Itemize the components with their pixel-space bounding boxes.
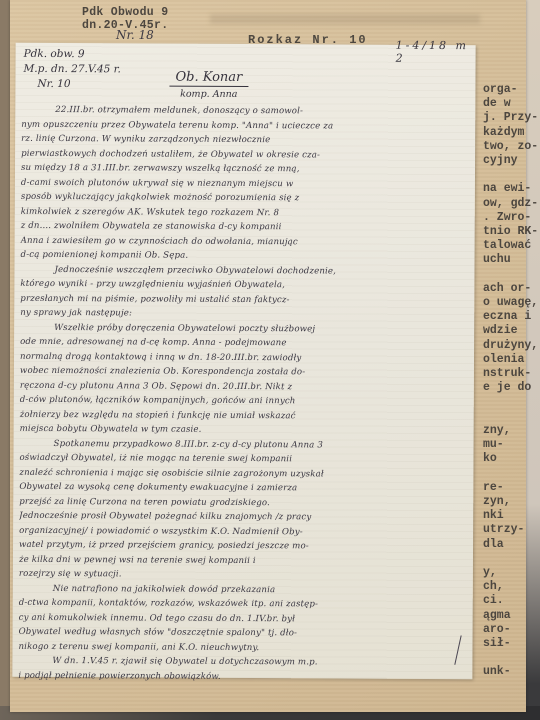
- faded-typed-text: [210, 14, 480, 24]
- letter-body-line: ny sprawy jak następuje:: [20, 306, 470, 323]
- typed-fragment-line: tnio RK-: [483, 225, 535, 239]
- typed-fragment-line: wdzie: [483, 324, 535, 338]
- letter-body-line: Obywatel za wysoką cenę dokumenty ewakua…: [19, 480, 469, 497]
- typed-fragment-line: dla: [483, 538, 535, 552]
- typed-fragment-line: two, zo-: [483, 140, 535, 154]
- typed-fragment-line: de w: [483, 97, 535, 111]
- typed-fragment-line: ągma: [483, 609, 535, 623]
- typed-fragment-line: [483, 410, 535, 424]
- typed-fragment-line: [483, 268, 535, 282]
- typed-fragment-line: eczna i: [483, 310, 535, 324]
- letter-addressee: Ob. Konar komp. Anna: [169, 70, 248, 100]
- typed-fragment-line: ch,: [483, 580, 535, 594]
- typed-fragment-line: orga-: [483, 83, 535, 97]
- letter-body-line: d-ctwa kompanii, kontaktów, rozkazów, ws…: [19, 596, 469, 613]
- typed-fragment-line: zyn,: [483, 495, 535, 509]
- letter-body-line: wobec niemożności znalezienia Ob. Koresp…: [20, 364, 470, 381]
- letter-body-line: sposób wykluczający jakąkolwiek możność …: [21, 190, 471, 207]
- letter-header-number: Nr. 10: [23, 77, 120, 93]
- letter-body-line: miejsca bobytu Obywatela w tym czasie.: [20, 422, 470, 439]
- typed-header-line-1: Pdk Obwodu 9: [82, 6, 168, 19]
- typed-fragment-line: [483, 168, 535, 182]
- typed-fragment-line: olenia: [483, 353, 535, 367]
- typed-fragment-line: [483, 466, 535, 480]
- letter-body-line: watel przytym, iż przed przejściem grani…: [19, 538, 469, 555]
- letter-body-line: W dn. 1.V.45 r. zjawił się Obywatel u do…: [18, 654, 468, 671]
- typed-fragment-line: mu-: [483, 438, 535, 452]
- typed-fragment-line: zny,: [483, 424, 535, 438]
- typed-fragment-line: [483, 651, 535, 665]
- letter-body-line: rz. linię Curzona. W wyniku zarządzonych…: [21, 132, 471, 149]
- letter-body-line: su między 18 a 31.III.br. zerwawszy wsze…: [21, 161, 471, 178]
- letter-body-line: 22.III.br. otrzymałem meldunek, donosząc…: [21, 103, 471, 120]
- typed-fragment-line: utrzy-: [483, 523, 535, 537]
- corner-pencil-note: 1-4/18 m 2: [396, 39, 476, 65]
- typed-right-margin-fragments: orga-de wj. Przy-każdymtwo, zo-cyjny na …: [483, 83, 535, 680]
- letter-header-unit: Pdk. obw. 9: [24, 47, 121, 63]
- letter-body-line: oświadczył Obywatel, iż nie mogąc na ter…: [19, 451, 469, 468]
- typed-fragment-line: e je do: [483, 381, 535, 395]
- letter-body-line: d-cą pomienionej kompanii Ob. Sępa.: [21, 248, 471, 265]
- letter-header: Pdk. obw. 9 M.p. dn. 27.V.45 r. Nr. 10: [23, 47, 121, 93]
- letter-header-date: M.p. dn. 27.V.45 r.: [23, 62, 120, 78]
- typed-fragment-line: [483, 395, 535, 409]
- typed-fragment-line: [483, 552, 535, 566]
- typed-fragment-line: drużyny,: [483, 339, 535, 353]
- typed-fragment-line: na ewi-: [483, 182, 535, 196]
- letter-body-line: d-ców plutonów, łączników kompanijnych, …: [20, 393, 470, 410]
- typed-fragment-line: ko: [483, 452, 535, 466]
- letter-body-line: którego wyniki - przy uwzględnieniu wyja…: [20, 277, 470, 294]
- typed-fragment-line: ow, gdz-: [483, 197, 535, 211]
- typed-fragment-line: o uwagę,: [483, 296, 535, 310]
- handwritten-letter-sheet: 1-4/18 m 2 Pdk. obw. 9 M.p. dn. 27.V.45 …: [12, 43, 475, 679]
- addressee-name: Ob. Konar: [169, 70, 248, 87]
- typed-fragment-line: aro-: [483, 623, 535, 637]
- letter-body: 22.III.br. otrzymałem meldunek, donosząc…: [18, 103, 471, 685]
- typed-fragment-line: y,: [483, 566, 535, 580]
- typed-fragment-line: talować: [483, 239, 535, 253]
- addressee-unit: komp. Anna: [169, 89, 248, 100]
- letter-body-line: ode mnie, adresowanej na d-cę komp. Anna…: [20, 335, 470, 352]
- typed-fragment-line: . Zwro-: [483, 211, 535, 225]
- typed-fragment-line: ach or-: [483, 282, 535, 296]
- typed-fragment-line: unk-: [483, 665, 535, 679]
- typed-fragment-line: nstruk-: [483, 367, 535, 381]
- letter-body-line: Jednocześnie prosił Obywatel pożegnać ki…: [19, 509, 469, 526]
- typed-fragment-line: sił-: [483, 637, 535, 651]
- typed-fragment-line: cyjny: [483, 154, 535, 168]
- handwritten-order-number: Nr. 18: [116, 28, 154, 42]
- letter-body-line: Obywatel według własnych słów "doszczętn…: [19, 625, 469, 642]
- letter-body-line: rozejrzy się w sytuacji.: [19, 567, 469, 584]
- typed-fragment-line: ci.: [483, 594, 535, 608]
- typed-fragment-line: nki: [483, 509, 535, 523]
- typed-fragment-line: re-: [483, 481, 535, 495]
- typed-fragment-line: uchu: [483, 253, 535, 267]
- typed-fragment-line: każdym: [483, 126, 535, 140]
- letter-body-line: i podjął pełnienie powierzonych obowiązk…: [18, 668, 468, 685]
- typed-fragment-line: j. Przy-: [483, 111, 535, 125]
- letter-body-line: z dn.... zwolniłem Obywatela ze stanowis…: [21, 219, 471, 236]
